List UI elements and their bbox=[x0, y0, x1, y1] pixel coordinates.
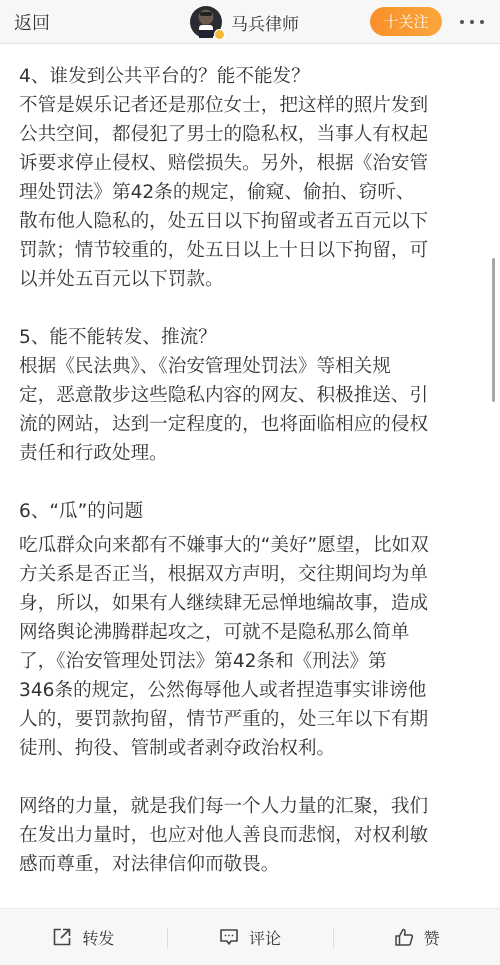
text-line: 定，恶意散步这些隐私内容的网友、积极推送、引 bbox=[19, 381, 479, 410]
text-line: 流的网站，达到一定程度的，也将面临相应的侵权 bbox=[19, 410, 479, 439]
comment-label: 评论 bbox=[249, 926, 281, 949]
text-line: 感而尊重，对法律信仰而敬畏。 bbox=[19, 850, 479, 879]
more-options-button[interactable] bbox=[452, 0, 492, 44]
verified-badge-icon bbox=[214, 29, 225, 40]
post-body: 4、谁发到公共平台的？能不能发？ 不管是娱乐记者还是那位女士，把这样的照片发到 … bbox=[19, 62, 479, 879]
text-line: 在发出力量时，也应对他人善良而悲悯，对权利敏 bbox=[19, 821, 479, 850]
section-4: 4、谁发到公共平台的？能不能发？ 不管是娱乐记者还是那位女士，把这样的照片发到 … bbox=[19, 62, 479, 294]
paragraph-gap bbox=[19, 468, 479, 497]
share-icon bbox=[52, 927, 72, 947]
top-nav-bar: 返回 马兵律师 十关注 bbox=[0, 0, 500, 44]
text-line: 网络的力量，就是我们每一个人力量的汇聚，我们 bbox=[19, 792, 479, 821]
avatar[interactable] bbox=[190, 6, 222, 38]
section-heading: 4、谁发到公共平台的？能不能发？ bbox=[19, 62, 479, 91]
text-line: 以并处五百元以下罚款。 bbox=[19, 265, 479, 294]
paragraph-gap bbox=[19, 294, 479, 323]
text-line: 346条的规定，公然侮辱他人或者捏造事实诽谤他 bbox=[19, 676, 479, 705]
text-line: 人的，要罚款拘留，情节严重的，处三年以下有期 bbox=[19, 705, 479, 734]
comment-button[interactable]: 评论 bbox=[167, 909, 334, 965]
text-line: 责任和行政处理。 bbox=[19, 439, 479, 468]
scrollbar[interactable] bbox=[492, 258, 495, 402]
repost-button[interactable]: 转发 bbox=[0, 909, 167, 965]
more-dots-icon bbox=[460, 20, 464, 24]
back-button[interactable]: 返回 bbox=[14, 0, 50, 44]
text-line: 公共空间，都侵犯了男士的隐私权，当事人有权起 bbox=[19, 120, 479, 149]
text-line: 散布他人隐私的，处五日以下拘留或者五百元以下 bbox=[19, 207, 479, 236]
like-button[interactable]: 赞 bbox=[333, 909, 500, 965]
more-dots-icon bbox=[480, 20, 484, 24]
thumbs-up-icon bbox=[394, 927, 414, 947]
follow-button[interactable]: 十关注 bbox=[370, 7, 442, 36]
action-bar: 转发 评论 赞 bbox=[0, 908, 500, 965]
text-line: 理处罚法》第42条的规定，偷窥、偷拍、窃听、 bbox=[19, 178, 479, 207]
text-line: 徒刑、拘役、管制或者剥夺政治权利。 bbox=[19, 734, 479, 763]
closing-paragraph: 网络的力量，就是我们每一个人力量的汇聚，我们 在发出力量时，也应对他人善良而悲悯… bbox=[19, 792, 479, 879]
text-line: 根据《民法典》、《治安管理处罚法》等相关规 bbox=[19, 352, 479, 381]
section-6: 6、“瓜”的问题 吃瓜群众向来都有不嫌事大的“美好”愿望，比如双 方关系是否正当… bbox=[19, 497, 479, 763]
text-line: 吃瓜群众向来都有不嫌事大的“美好”愿望，比如双 bbox=[19, 531, 479, 560]
paragraph-gap bbox=[19, 763, 479, 792]
text-line: 网络舆论沸腾群起攻之，可就不是隐私那么简单 bbox=[19, 618, 479, 647]
text-line: 方关系是否正当，根据双方声明，交往期间均为单 bbox=[19, 560, 479, 589]
section-heading: 6、“瓜”的问题 bbox=[19, 497, 479, 526]
text-line: 了，《治安管理处罚法》第42条和《刑法》第 bbox=[19, 647, 479, 676]
text-line: 不管是娱乐记者还是那位女士，把这样的照片发到 bbox=[19, 91, 479, 120]
more-dots-icon bbox=[470, 20, 474, 24]
like-label: 赞 bbox=[424, 926, 440, 949]
text-line: 身，所以，如果有人继续肆无忌惮地编故事，造成 bbox=[19, 589, 479, 618]
author-info[interactable]: 马兵律师 bbox=[190, 0, 299, 44]
text-line: 罚款；情节较重的，处五日以上十日以下拘留，可 bbox=[19, 236, 479, 265]
comment-icon bbox=[219, 927, 239, 947]
section-5: 5、能不能转发、推流？ 根据《民法典》、《治安管理处罚法》等相关规 定，恶意散步… bbox=[19, 323, 479, 468]
author-name[interactable]: 马兵律师 bbox=[231, 10, 299, 35]
text-line: 诉要求停止侵权、赔偿损失。另外，根据《治安管 bbox=[19, 149, 479, 178]
repost-label: 转发 bbox=[82, 926, 114, 949]
section-heading: 5、能不能转发、推流？ bbox=[19, 323, 479, 352]
